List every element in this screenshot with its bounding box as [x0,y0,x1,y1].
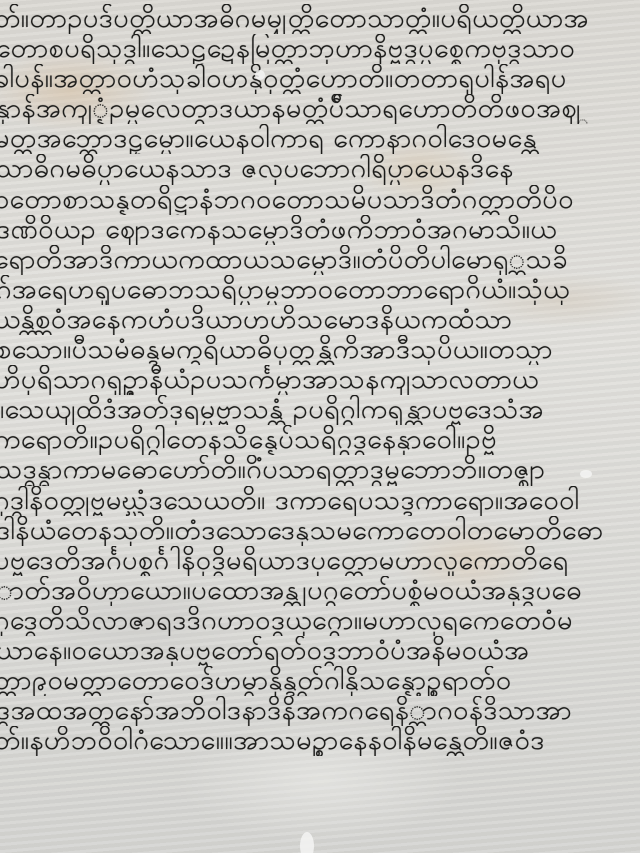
inscription-line: စသော။ပီသမံဓန္ဒမက္ခရိယာဓိပုတ္တန္တိကိအာဒီသ… [0,335,640,365]
inscription-text-block: တ်။တာဥပဒ်ပတ္တိယာအဓိဂမမျှတ္တိတောသာတ္တံ။ပရ… [0,4,640,847]
inscription-line [0,786,640,816]
inscription-line: ဟိပုရိသာဂရုဉ္ဇာနီယံဥပသင်္ကမ္မာအာသနကျသာလတ… [0,365,640,395]
marble-inscription-slab: တ်။တာဥပဒ်ပတ္တိယာအဓိဂမမျှတ္တိတောသာတ္တံ။ပရ… [0,0,640,853]
inscription-line: သာဓိဂမဓိပ္ပာယေနသာဒ ဇလုပဘောဂါရိပ္ပာယေနဒိန… [0,154,640,184]
inscription-line: ဂုဒ္ဓါနိဝတ္တုဗ္ဗမဃ္ဃံဒသေယတိ။ ဒကာရေပသဒ္ဒက… [0,486,640,516]
inscription-line: ခါပန်။အတ္တာဝဟံသုခါဝဟနိုဝုတ္တံဟောတိ။တတာရု… [0,64,640,94]
inscription-line: ။သေယျထိဒံအတ်ဒုရမ္မဗ္ဗာသန္တံ ဥပရိဂ္ဂါကရုန… [0,395,640,425]
inscription-line: တ်။နဟိဘဝိဝါဂံသော။ေ။အာသမဉ္စာနေနဝါနိမန္တေတ… [0,726,640,756]
inscription-line: ယာနေ။ဝယောအနုပဗ္ဗတော်ရတ်ဝဒ္ဓဘာဝံပံအနိမဝယံ… [0,636,640,666]
inscription-line: ဝတောစာသန္နတရိဋ္ဌာနံဘဂဝတောသမိပသာဒိတံဂတ္တာ… [0,185,640,215]
inscription-line: ယန္တိစ္ဆဝံအနေကဟံပဒိယာဟဟိသမောဒနိယကထံသာ [0,305,640,335]
inscription-line: ဒ္ဓအထအတ္တနော်အဘိဝါဒနာဒိနိအကဂရေနိ္ဘာဂဝန်ဒ… [0,696,640,726]
inscription-line: ဒဏိဝိယဥ ဈောဒကေနသမ္မောဒိတံဖကိဘာဝံအဂမာသိ။ယ [0,215,640,245]
inscription-line: ဒါနိယံတေနသုတိ။တံဒသောဒေနုသမကောတေဝါတမောတိဓ… [0,516,640,546]
inscription-line [0,817,640,847]
inscription-line: ာတ်အဝိဟှာယော။ပထောအန္တုပဂ္ဂတော်ပစ္စံမဝယံအ… [0,576,640,606]
inscription-line: ဂုဒ္ဓေတိသိလာဇာရဒဒိဂဟာဝဒ္ဓယုဂ္ဂော။မဟာလုရက… [0,606,640,636]
inscription-line: နုာန်အကျ္နံဥမ္မလေတွာဒယာနမတ္တံပ်ီသာရဟောတိ… [0,94,640,124]
inscription-line: တ္တာ၉၀မတ္တာတောဝေဒ်ဟမွာနိုန္ဒ္ဓတ်ဂါနိုသန္… [0,666,640,696]
worn-patch [300,832,314,853]
inscription-line: ကရောတိ။ဥပရိဂ္ဂါတေနသိန္နေပ်သရိဂ္ဂဒ္ဓနေနှာ… [0,425,640,455]
inscription-line: ဂ်အရေဟရူပဓောဘသရိပ္ပာမ္မဘာဝတောဘာရောဂိယံ။သ… [0,275,640,305]
inscription-line: ရောတိအာဒိကာယကထာယသမ္မောဒိ။တံပိတိပါမောရှ္ဆ… [0,245,640,275]
inscription-line: မတ္တအဘ္တောဒဠှမ္မော။ယေနဝါကာရ ကောနာဂဝါဒေဝမ… [0,124,640,154]
inscription-line: ပဗ္ဗဒေတိအင်္ဂပစ္စင်္ဂါနိဝုဒ္ဓိမရိယာဒပုတ္… [0,546,640,576]
inscription-line: တောစပရိသုဒ္ဓါ။သေဠဍေနမြတ္တာဘုဟာနိဗ္ဗဒ္ဓပ္… [0,34,640,64]
inscription-line [0,756,640,786]
worn-patch [255,70,265,80]
inscription-line: တ်။တာဥပဒ်ပတ္တိယာအဓိဂမမျှတ္တိတောသာတ္တံ။ပရ… [0,4,640,34]
inscription-line: သဒ္ဓန္ဓာကာမဓောဟော်တိ။ဂိံပသာရတ္တာဒွမ္ဗဘော… [0,455,640,485]
worn-patch [580,470,592,478]
